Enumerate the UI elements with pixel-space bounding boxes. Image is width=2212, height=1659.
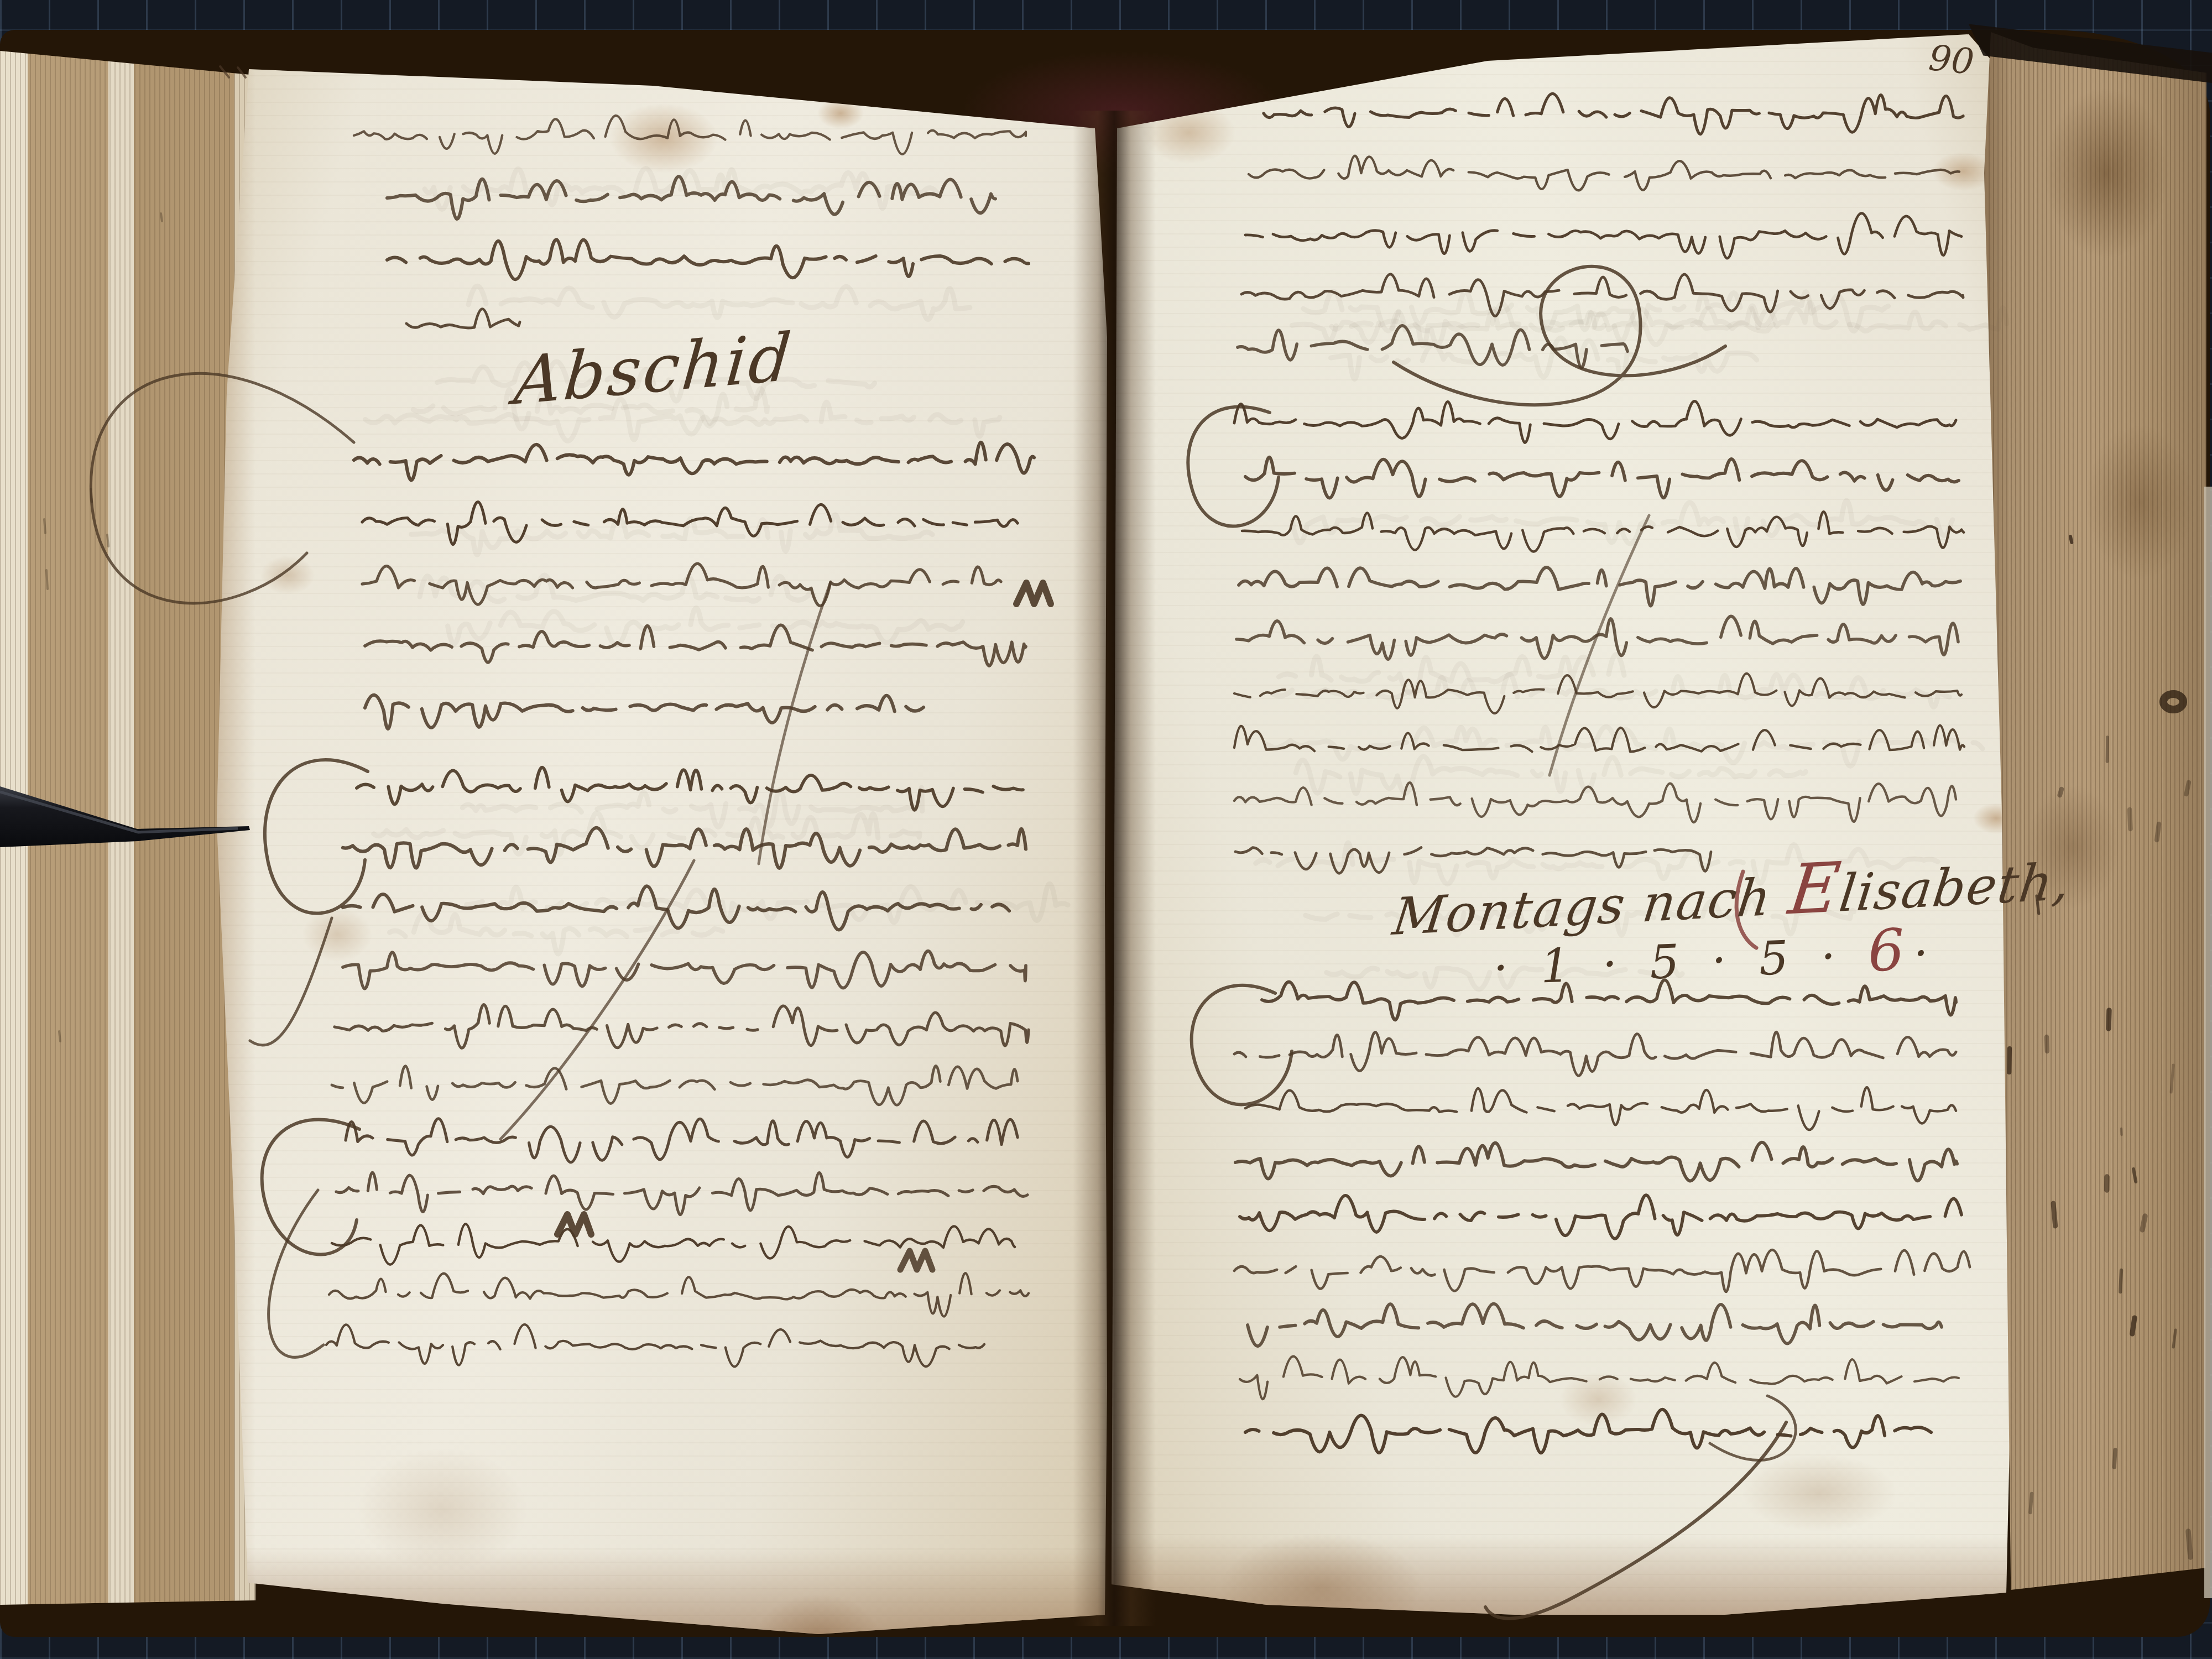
red-six-digit: 6: [1867, 916, 1914, 985]
page-number: 90: [1927, 38, 1976, 83]
right-page: [1100, 28, 2030, 1615]
right-fore-edge: [1984, 32, 2206, 1599]
fore-edge-highlight: [2204, 487, 2212, 1598]
gutter-shadow: [1073, 111, 1156, 1626]
year-digits: · 1 · 5 · 5 ·: [1493, 928, 1845, 995]
left-page: [210, 61, 1112, 1642]
date-heading-rest: lisabeth,: [1836, 852, 2074, 924]
year-closing-dot: ·: [1912, 925, 1938, 980]
manuscript-photo: Abschid 90 Montags nach Elisabeth, · 1 ·…: [0, 0, 2212, 1659]
year-line: · 1 · 5 · 5 · 6·: [1492, 919, 1826, 998]
